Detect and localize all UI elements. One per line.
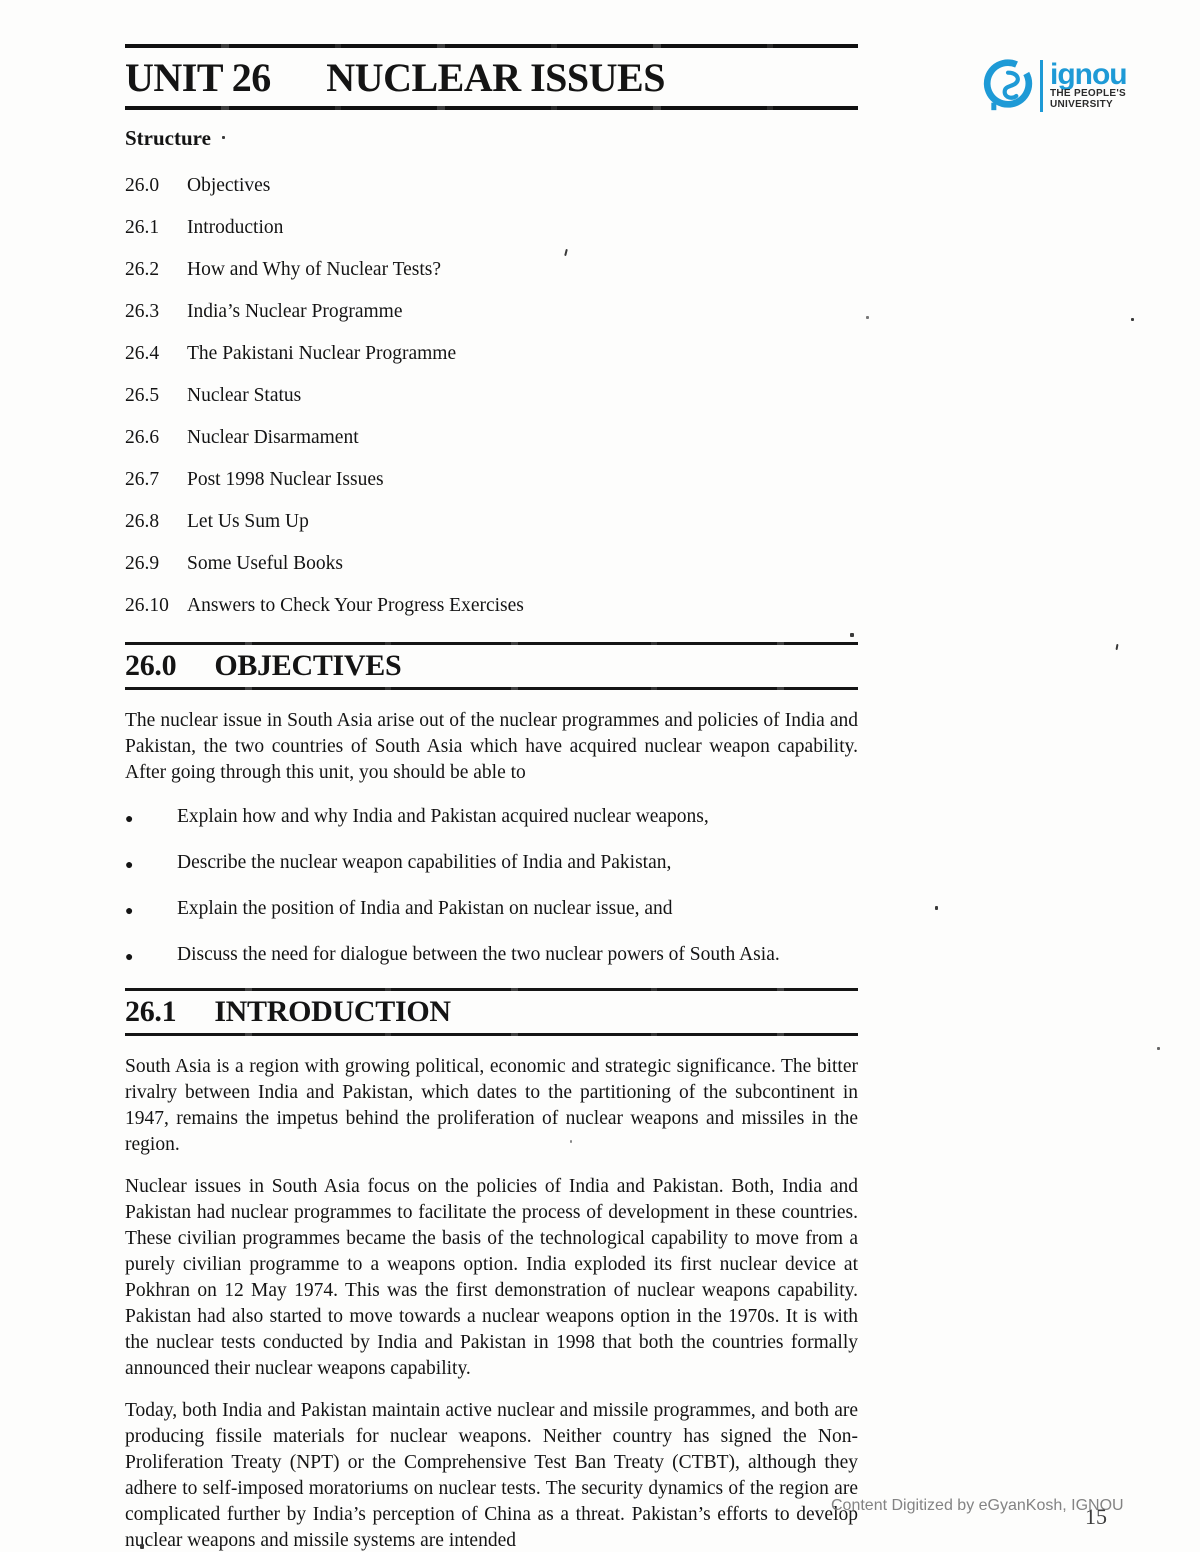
- toc-label: Answers to Check Your Progress Exercises: [187, 585, 858, 627]
- toc-label: Nuclear Disarmament: [187, 417, 858, 459]
- section-rule-bottom: [125, 1033, 858, 1036]
- section-rule-bottom: [125, 687, 858, 690]
- section-title: INTRODUCTION: [214, 995, 450, 1028]
- toc-label: Objectives: [187, 165, 858, 207]
- toc-label: Introduction: [187, 207, 858, 249]
- toc-item: 26.0Objectives: [125, 165, 858, 207]
- bullet-icon: ●: [125, 850, 177, 879]
- toc-label: Some Useful Books: [187, 543, 858, 585]
- unit-title: UNIT 26 NUCLEAR ISSUES: [125, 56, 858, 100]
- toc-number: 26.1: [125, 207, 187, 249]
- table-of-contents: 26.0Objectives 26.1Introduction 26.2How …: [125, 165, 858, 627]
- bullet-text: Discuss the need for dialogue between th…: [177, 942, 858, 971]
- introduction-paragraph-1: South Asia is a region with growing poli…: [125, 1054, 858, 1158]
- toc-item: 26.7Post 1998 Nuclear Issues: [125, 459, 858, 501]
- toc-number: 26.3: [125, 291, 187, 333]
- section-heading-objectives: 26.0 OBJECTIVES: [125, 642, 858, 690]
- title-top-rule: [125, 44, 858, 48]
- structure-heading: Structure: [125, 126, 858, 151]
- toc-item: 26.4The Pakistani Nuclear Programme: [125, 333, 858, 375]
- toc-number: 26.8: [125, 501, 187, 543]
- section-number: 26.1: [125, 995, 176, 1028]
- ignou-logo: ignou THE PEOPLE'S UNIVERSITY: [983, 58, 1127, 114]
- toc-number: 26.4: [125, 333, 187, 375]
- toc-item: 26.1Introduction: [125, 207, 858, 249]
- section-heading-introduction: 26.1 INTRODUCTION: [125, 988, 858, 1036]
- toc-item: 26.3India’s Nuclear Programme: [125, 291, 858, 333]
- toc-label: Post 1998 Nuclear Issues: [187, 459, 858, 501]
- scan-artifact-dot: [1157, 1047, 1160, 1050]
- document-page: UNIT 26 NUCLEAR ISSUES Structure 26.0Obj…: [0, 0, 1200, 1552]
- page-number: 15: [1085, 1504, 1107, 1530]
- toc-number: 26.9: [125, 543, 187, 585]
- scan-artifact-dot: [1115, 644, 1118, 650]
- section-heading: 26.0 OBJECTIVES: [125, 645, 858, 687]
- logo-tagline-1: THE PEOPLE'S: [1050, 88, 1127, 100]
- content-column: UNIT 26 NUCLEAR ISSUES Structure 26.0Obj…: [125, 0, 858, 1552]
- logo-divider: [1040, 60, 1043, 112]
- toc-label: How and Why of Nuclear Tests?: [187, 249, 858, 291]
- toc-item: 26.6Nuclear Disarmament: [125, 417, 858, 459]
- toc-label: Nuclear Status: [187, 375, 858, 417]
- scan-artifact-dot: [222, 136, 225, 139]
- introduction-paragraph-3: Today, both India and Pakistan maintain …: [125, 1398, 858, 1552]
- toc-label: The Pakistani Nuclear Programme: [187, 333, 858, 375]
- toc-item: 26.10Answers to Check Your Progress Exer…: [125, 585, 858, 627]
- objectives-intro-paragraph: The nuclear issue in South Asia arise ou…: [125, 708, 858, 786]
- unit-number-label: UNIT 26: [125, 55, 271, 100]
- logo-tagline-2: UNIVERSITY: [1050, 99, 1127, 111]
- toc-number: 26.0: [125, 165, 187, 207]
- bullet-icon: ●: [125, 942, 177, 971]
- introduction-paragraph-2: Nuclear issues in South Asia focus on th…: [125, 1174, 858, 1382]
- scan-artifact-dot: [935, 906, 938, 910]
- bullet-text: Explain how and why India and Pakistan a…: [177, 804, 858, 833]
- toc-number: 26.6: [125, 417, 187, 459]
- scan-artifact-dot: [570, 1140, 572, 1143]
- ignou-emblem-icon: [983, 58, 1033, 114]
- toc-number: 26.5: [125, 375, 187, 417]
- section-number: 26.0: [125, 649, 176, 682]
- title-bottom-rule: [125, 106, 858, 110]
- toc-item: 26.9Some Useful Books: [125, 543, 858, 585]
- toc-item: 26.2How and Why of Nuclear Tests?: [125, 249, 858, 291]
- scan-artifact-dot: [140, 1544, 144, 1549]
- bullet-item: ●Discuss the need for dialogue between t…: [125, 942, 858, 971]
- scan-artifact-dot: [850, 633, 854, 637]
- unit-name-label: NUCLEAR ISSUES: [326, 55, 665, 100]
- section-heading: 26.1 INTRODUCTION: [125, 991, 858, 1033]
- section-title: OBJECTIVES: [214, 649, 401, 682]
- objectives-bullet-list: ●Explain how and why India and Pakistan …: [125, 804, 858, 971]
- bullet-item: ●Explain the position of India and Pakis…: [125, 896, 858, 925]
- scan-artifact-dot: [866, 316, 869, 319]
- toc-item: 26.5Nuclear Status: [125, 375, 858, 417]
- bullet-text: Describe the nuclear weapon capabilities…: [177, 850, 858, 879]
- toc-number: 26.2: [125, 249, 187, 291]
- logo-wordmark: ignou: [1050, 62, 1127, 88]
- toc-label: India’s Nuclear Programme: [187, 291, 858, 333]
- toc-item: 26.8Let Us Sum Up: [125, 501, 858, 543]
- bullet-icon: ●: [125, 804, 177, 833]
- bullet-text: Explain the position of India and Pakist…: [177, 896, 858, 925]
- logo-text: ignou THE PEOPLE'S UNIVERSITY: [1050, 62, 1127, 111]
- bullet-icon: ●: [125, 896, 177, 925]
- bullet-item: ●Explain how and why India and Pakistan …: [125, 804, 858, 833]
- digitization-watermark: Content Digitized by eGyanKosh, IGNOU: [831, 1497, 1124, 1515]
- toc-number: 26.7: [125, 459, 187, 501]
- scan-artifact-dot: [1131, 318, 1134, 321]
- toc-number: 26.10: [125, 585, 187, 627]
- toc-label: Let Us Sum Up: [187, 501, 858, 543]
- bullet-item: ●Describe the nuclear weapon capabilitie…: [125, 850, 858, 879]
